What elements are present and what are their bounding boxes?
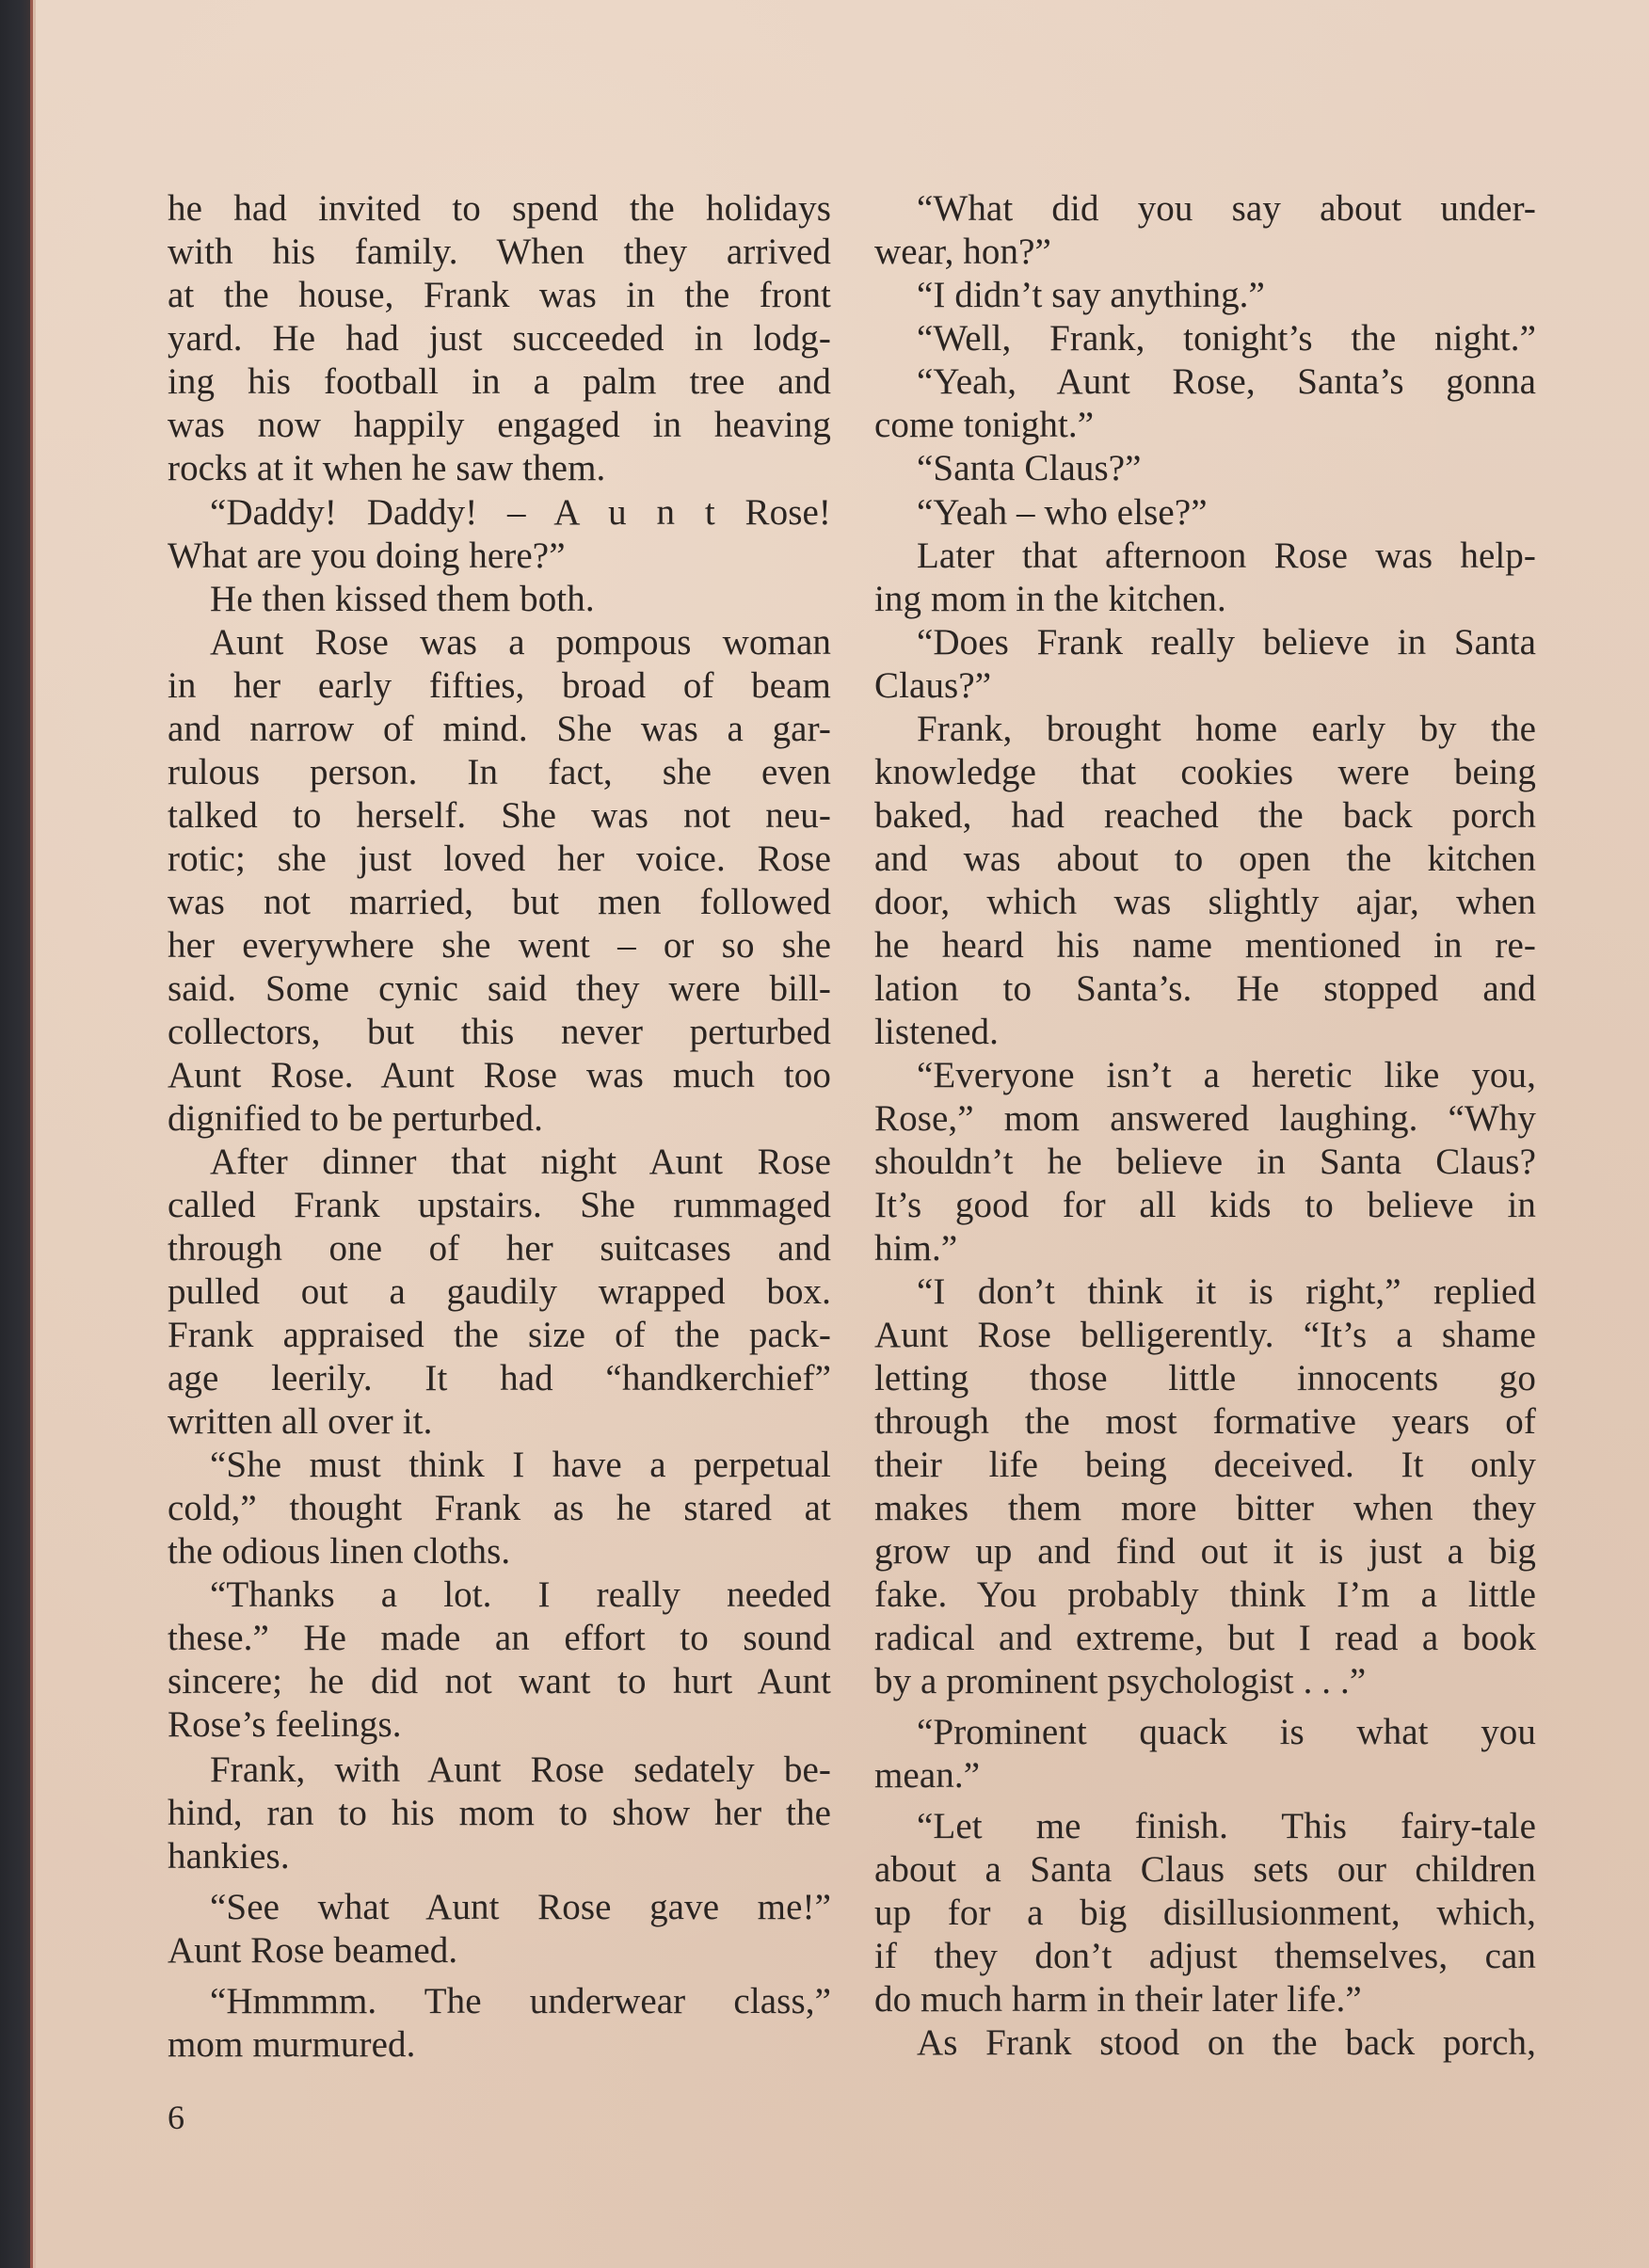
text-line: “Daddy! Daddy! – A u n t Rose!: [210, 491, 831, 535]
text-line: in her early fifties, broad of beam: [168, 664, 831, 708]
text-line: if they don’t adjust themselves, can: [874, 1935, 1536, 1978]
text-line: written all over it.: [168, 1400, 831, 1444]
text-line: “I didn’t say anything.”: [917, 274, 1536, 317]
text-line: It’s good for all kids to believe in: [874, 1184, 1536, 1227]
text-line: Aunt Rose beamed.: [168, 1929, 831, 1973]
text-line: Rose,” mom answered laughing. “Why: [874, 1097, 1536, 1141]
text-line: called Frank upstairs. She rummaged: [168, 1184, 831, 1227]
text-line: was not married, but men followed: [168, 881, 831, 924]
text-line: collectors, but this never perturbed: [168, 1011, 831, 1054]
text-line: letting those little innocents go: [874, 1357, 1536, 1400]
text-line: come tonight.”: [874, 404, 1536, 447]
book-binding: [0, 0, 30, 2268]
text-line: pulled out a gaudily wrapped box.: [168, 1270, 831, 1314]
text-line: “Yeah, Aunt Rose, Santa’s gonna: [917, 360, 1536, 404]
text-line: sincere; he did not want to hurt Aunt: [168, 1660, 831, 1703]
text-line: rotic; she just loved her voice. Rose: [168, 838, 831, 881]
text-line: Rose’s feelings.: [168, 1703, 831, 1747]
text-line: rulous person. In fact, she even: [168, 751, 831, 794]
text-line: hind, ran to his mom to show her the: [168, 1792, 831, 1835]
text-line: her everywhere she went – or so she: [168, 924, 831, 967]
text-line: age leerily. It had “handkerchief”: [168, 1357, 831, 1400]
text-line: baked, had reached the back porch: [874, 794, 1536, 838]
text-line: Aunt Rose was a pompous woman: [210, 621, 831, 664]
text-line: What are you doing here?”: [168, 535, 831, 578]
text-line: “Thanks a lot. I really needed: [210, 1573, 831, 1617]
text-line: talked to herself. She was not neu-: [168, 794, 831, 838]
text-line: listened.: [874, 1011, 1536, 1054]
text-line: their life being deceived. It only: [874, 1444, 1536, 1487]
text-line: mom murmured.: [168, 2023, 831, 2067]
text-line: “Well, Frank, tonight’s the night.”: [917, 317, 1536, 360]
text-line: these.” He made an effort to sound: [168, 1617, 831, 1660]
text-line: about a Santa Claus sets our children: [874, 1848, 1536, 1892]
text-line: “Hmmmm. The underwear class,”: [210, 1980, 831, 2023]
text-line: at the house, Frank was in the front: [168, 274, 831, 317]
text-line: was now happily engaged in heaving: [168, 404, 831, 447]
text-line: door, which was slightly ajar, when: [874, 881, 1536, 924]
text-line: he heard his name mentioned in re-: [874, 924, 1536, 967]
text-line: Claus?”: [874, 664, 1536, 708]
text-line: “Santa Claus?”: [917, 447, 1536, 490]
text-line: up for a big disillusionment, which,: [874, 1892, 1536, 1935]
text-line: “What did you say about under-: [917, 187, 1536, 231]
text-line: him.”: [874, 1227, 1536, 1270]
text-line: After dinner that night Aunt Rose: [210, 1141, 831, 1184]
text-line: do much harm in their later life.”: [874, 1978, 1536, 2021]
text-line: hankies.: [168, 1835, 831, 1878]
text-line: Aunt Rose. Aunt Rose was much too: [168, 1054, 831, 1097]
text-line: the odious linen cloths.: [168, 1530, 831, 1573]
text-line: Frank, brought home early by the: [917, 708, 1536, 751]
text-line: grow up and find out it is just a big: [874, 1530, 1536, 1573]
text-line: Later that afternoon Rose was help-: [917, 535, 1536, 578]
text-line: he had invited to spend the holidays: [168, 187, 831, 231]
text-line: said. Some cynic said they were bill-: [168, 967, 831, 1011]
text-line: wear, hon?”: [874, 231, 1536, 274]
text-line: “I don’t think it is right,” replied: [917, 1270, 1536, 1314]
text-line: “Let me finish. This fairy-tale: [917, 1805, 1536, 1848]
text-line: “Does Frank really believe in Santa: [917, 621, 1536, 664]
text-line: through the most formative years of: [874, 1400, 1536, 1444]
text-line: “Prominent quack is what you: [917, 1711, 1536, 1754]
text-line: Frank appraised the size of the pack-: [168, 1314, 831, 1357]
text-line: “Yeah – who else?”: [917, 491, 1536, 535]
text-line: knowledge that cookies were being: [874, 751, 1536, 794]
text-line: “Everyone isn’t a heretic like you,: [917, 1054, 1536, 1097]
text-line: lation to Santa’s. He stopped and: [874, 967, 1536, 1011]
text-line: and was about to open the kitchen: [874, 838, 1536, 881]
text-line: “She must think I have a perpetual: [210, 1444, 831, 1487]
text-line: “See what Aunt Rose gave me!”: [210, 1886, 831, 1929]
text-line: rocks at it when he saw them.: [168, 447, 831, 490]
text-line: He then kissed them both.: [210, 578, 831, 621]
text-line: yard. He had just succeeded in lodg-: [168, 317, 831, 360]
text-line: through one of her suitcases and: [168, 1227, 831, 1270]
text-line: As Frank stood on the back porch,: [917, 2021, 1536, 2065]
text-line: shouldn’t he believe in Santa Claus?: [874, 1141, 1536, 1184]
text-line: cold,” thought Frank as he stared at: [168, 1487, 831, 1530]
text-line: Aunt Rose belligerently. “It’s a shame: [874, 1314, 1536, 1357]
text-line: dignified to be perturbed.: [168, 1097, 831, 1141]
text-line: by a prominent psychologist . . .”: [874, 1660, 1536, 1703]
text-line: radical and extreme, but I read a book: [874, 1617, 1536, 1660]
text-line: with his family. When they arrived: [168, 231, 831, 274]
binding-edge-highlight: [33, 0, 36, 2268]
text-line: Frank, with Aunt Rose sedately be-: [210, 1749, 831, 1792]
text-line: makes them more bitter when they: [874, 1487, 1536, 1530]
text-line: ing his football in a palm tree and: [168, 360, 831, 404]
page-number: 6: [168, 2097, 184, 2138]
text-line: fake. You probably think I’m a little: [874, 1573, 1536, 1617]
text-line: and narrow of mind. She was a gar-: [168, 708, 831, 751]
text-line: ing mom in the kitchen.: [874, 578, 1536, 621]
text-line: mean.”: [874, 1754, 1536, 1797]
